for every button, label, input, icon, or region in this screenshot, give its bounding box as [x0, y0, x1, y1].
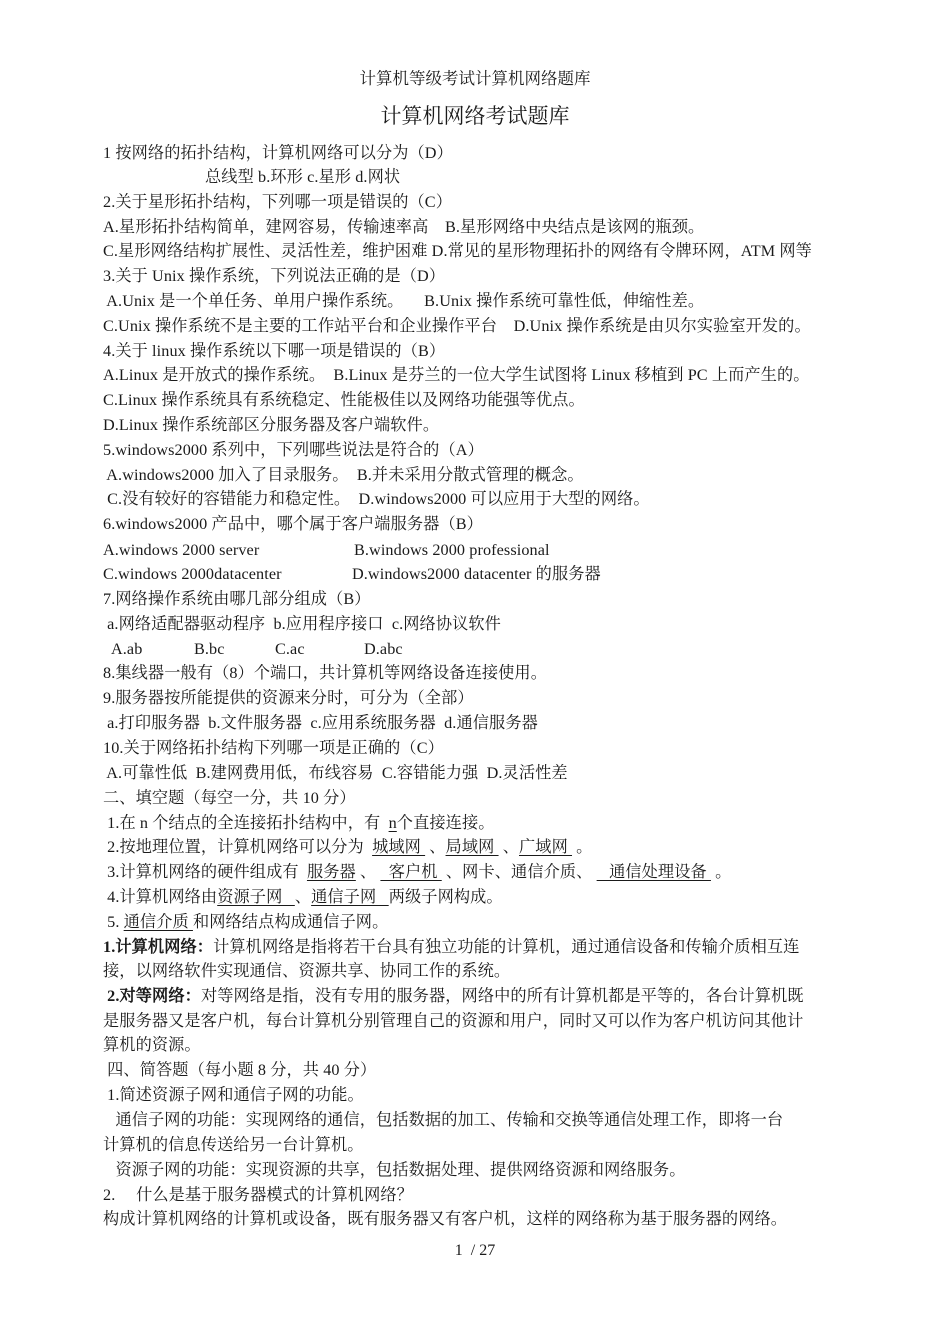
fill-item-5: 5. 通信介质 和网络结点构成通信子网。 — [103, 911, 388, 933]
definition-body: 计算机网络是指将若干台具有独立功能的计算机，通过通信设备和传输介质相互连 — [213, 938, 799, 956]
question-2-options-ab: A.星形拓扑结构简单，建网容易，传输速率高 B.星形网络中央结点是该网的瓶颈。 — [103, 216, 704, 238]
question-10: 10.关于网络拓扑结构下列哪一项是正确的（C） — [103, 737, 444, 759]
question-6-option-d: D.windows2000 datacenter 的服务器 — [352, 563, 601, 585]
fill-blank: 客户机 — [380, 863, 441, 881]
question-6-option-b: B.windows 2000 professional — [354, 539, 550, 561]
fill-item-5-text: 5. — [103, 913, 124, 931]
separator: 。 — [572, 838, 592, 856]
question-2: 2.关于星形拓扑结构，下列哪一项是错误的（C） — [103, 191, 452, 213]
question-5-options-ab: A.windows2000 加入了目录服务。 B.并未采用分散式管理的概念。 — [103, 464, 584, 486]
question-7-option-d: D.abc — [364, 638, 403, 660]
question-3-options-cd: C.Unix 操作系统不是主要的工作站平台和企业操作平台 D.Unix 操作系统… — [103, 315, 811, 337]
short-answer-a1-line3: 资源子网的功能：实现资源的共享，包括数据处理、提供网络资源和网络服务。 — [103, 1159, 686, 1181]
definition-2-cont2: 算机的资源。 — [103, 1034, 201, 1056]
fill-item-1: 1.在 n 个结点的全连接拓扑结构中，有 n个直接连接。 — [103, 812, 495, 834]
question-7-components: a.网络适配器驱动程序 b.应用程序接口 c.网络协议软件 — [103, 613, 501, 635]
definition-1-cont: 接，以网络软件实现通信、资源共享、协同工作的系统。 — [103, 960, 510, 982]
question-9: 9.服务器按所能提供的资源来分时，可分为（全部） — [103, 687, 474, 709]
question-3: 3.关于 Unix 操作系统，下列说法正确的是（D） — [103, 265, 445, 287]
fill-blank: 局域网 — [446, 838, 499, 856]
question-6-option-c: C.windows 2000datacenter — [103, 563, 282, 585]
fill-blank: 服务器 — [307, 863, 356, 881]
separator: 两级子网构成。 — [389, 888, 503, 906]
fill-item-5-text-end: 和网络结点构成通信子网。 — [193, 913, 388, 931]
question-1-options: 总线型 b.环形 c.星形 d.网状 — [205, 166, 400, 188]
fill-item-4-text: 4.计算机网络由 — [103, 888, 217, 906]
question-4-option-c: C.Linux 操作系统具有系统稳定、性能极佳以及网络功能强等优点。 — [103, 389, 585, 411]
fill-item-1-text-end: 个直接连接。 — [397, 814, 495, 832]
fill-item-3-text: 3.计算机网络的硬件组成有 — [103, 863, 307, 881]
question-7-option-c: C.ac — [275, 638, 305, 660]
separator: 。 — [711, 863, 731, 881]
question-2-options-cd: C.星形网络结构扩展性、灵活性差，维护困难 D.常见的星形物理拓扑的网络有令牌环… — [103, 240, 812, 262]
fill-item-2: 2.按地理位置，计算机网络可以分为 城域网 、局域网 、广域网 。 — [103, 836, 592, 858]
short-answer-heading: 四、简答题（每小题 8 分，共 40 分） — [103, 1059, 376, 1081]
separator: 、 — [499, 838, 519, 856]
definition-2: 2.对等网络：对等网络是指，没有专用的服务器，网络中的所有计算机都是平等的，各台… — [103, 985, 804, 1007]
separator: 、 — [356, 863, 381, 881]
short-answer-a2: 构成计算机网络的计算机或设备，既有服务器又有客户机，这样的网络称为基于服务器的网… — [103, 1208, 787, 1230]
fill-section-heading: 二、填空题（每空一分，共 10 分） — [103, 787, 356, 809]
question-6-option-a: A.windows 2000 server — [103, 539, 259, 561]
fill-blank: 资源子网 — [217, 888, 295, 906]
question-4: 4.关于 linux 操作系统以下哪一项是错误的（B） — [103, 340, 445, 362]
definition-body: 对等网络是指，没有专用的服务器，网络中的所有计算机都是平等的，各台计算机既 — [201, 987, 804, 1005]
fill-blank: 通信介质 — [124, 913, 193, 931]
separator: 、 — [425, 838, 445, 856]
question-3-options-ab: A.Unix 是一个单任务、单用户操作系统。 B.Unix 操作系统可靠性低，伸… — [103, 290, 704, 312]
question-7-option-a: A.ab — [111, 638, 142, 660]
fill-item-4: 4.计算机网络由资源子网 、通信子网 两级子网构成。 — [103, 886, 503, 908]
question-1: 1 按网络的拓扑结构，计算机网络可以分为（D） — [103, 142, 453, 164]
question-10-options: A.可靠性低 B.建网费用低，布线容易 C.容错能力强 D.灵活性差 — [103, 762, 568, 784]
fill-item-1-text: 1.在 n 个结点的全连接拓扑结构中，有 — [103, 814, 389, 832]
fill-item-2-text: 2.按地理位置，计算机网络可以分为 — [103, 838, 372, 856]
fill-blank: 城域网 — [372, 838, 425, 856]
definition-2-cont: 是服务器又是客户机，每台计算机分别管理自己的资源和用户，同时又可以作为客户机访问… — [103, 1010, 803, 1032]
question-9-options: a.打印服务器 b.文件服务器 c.应用系统服务器 d.通信服务器 — [103, 712, 538, 734]
question-4-options-ab: A.Linux 是开放式的操作系统。 B.Linux 是芬兰的一位大学生试图将 … — [103, 364, 810, 386]
fill-blank: n — [389, 814, 397, 832]
page-header-title: 计算机等级考试计算机网络题库 — [0, 68, 950, 90]
fill-blank: 广域网 — [519, 838, 572, 856]
separator: 、 — [295, 888, 311, 906]
fill-item-3: 3.计算机网络的硬件组成有 服务器 、 客户机 、网卡、通信介质、 通信处理设备… — [103, 861, 731, 883]
fill-blank: 通信处理设备 — [597, 863, 711, 881]
definition-term: 1.计算机网络： — [103, 938, 213, 956]
short-answer-a1-line2: 计算机的信息传送给另一台计算机。 — [103, 1134, 364, 1156]
short-answer-a1-line1: 通信子网的功能：实现网络的通信，包括数据的加工、传输和交换等通信处理工作，即将一… — [103, 1109, 783, 1131]
question-4-option-d: D.Linux 操作系统部区分服务器及客户端软件。 — [103, 414, 439, 436]
separator: 、网卡、通信介质、 — [442, 863, 597, 881]
short-answer-q1: 1.简述资源子网和通信子网的功能。 — [103, 1084, 364, 1106]
question-7: 7.网络操作系统由哪几部分组成（B） — [103, 588, 371, 610]
document-page: 计算机等级考试计算机网络题库 计算机网络考试题库 1 按网络的拓扑结构，计算机网… — [0, 0, 950, 1341]
question-5-options-cd: C.没有较好的容错能力和稳定性。 D.windows2000 可以应用于大型的网… — [103, 488, 650, 510]
definition-1: 1.计算机网络：计算机网络是指将若干台具有独立功能的计算机，通过通信设备和传输介… — [103, 936, 799, 958]
question-5: 5.windows2000 系列中，下列哪些说法是符合的（A） — [103, 439, 484, 461]
question-6: 6.windows2000 产品中，哪个属于客户端服务器（B） — [103, 513, 483, 535]
fill-blank: 通信子网 — [311, 888, 389, 906]
definition-term: 2.对等网络： — [103, 987, 201, 1005]
short-answer-q2: 2. 什么是基于服务器模式的计算机网络？ — [103, 1184, 413, 1206]
question-7-option-b: B.bc — [194, 638, 225, 660]
page-number: 1 / 27 — [0, 1240, 950, 1262]
question-8: 8.集线器一般有（8）个端口，共计算机等网络设备连接使用。 — [103, 662, 547, 684]
document-title: 计算机网络考试题库 — [0, 102, 950, 130]
